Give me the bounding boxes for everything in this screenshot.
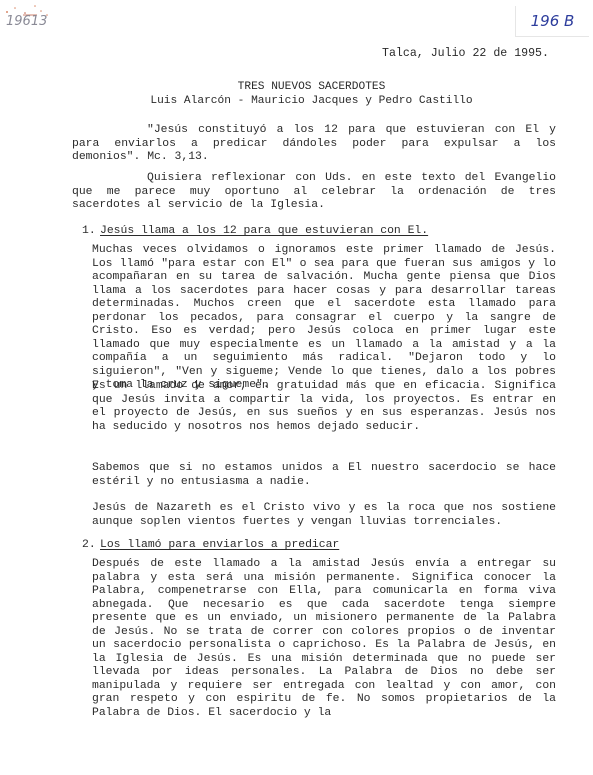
epigraph-quote: "Jesús constituyó a los 12 para que estu…: [72, 124, 556, 165]
document-title: TRES NUEVOS SACERDOTES: [0, 80, 593, 94]
section-2-paragraph-1: Después de este llamado a la amistad Jes…: [92, 558, 556, 721]
intro-paragraph: Quisiera reflexionar con Uds. en este te…: [72, 172, 556, 213]
section-1-paragraph-3: Sabemos que si no estamos unidos a El nu…: [92, 462, 556, 489]
handwritten-archive-number-left: 19613: [6, 14, 47, 29]
section-1-paragraph-2: Es un llamado de amor, en gratuidad más …: [92, 380, 556, 434]
document-subtitle: Luis Alarcón - Mauricio Jacques y Pedro …: [0, 94, 593, 108]
section-2-heading: 2.Los llamó para enviarlos a predicar: [82, 538, 339, 552]
document-title-block: TRES NUEVOS SACERDOTES Luis Alarcón - Ma…: [0, 80, 593, 108]
section-number: 2.: [82, 538, 100, 552]
section-title: Jesús llama a los 12 para que estuvieran…: [100, 225, 428, 237]
document-date: Talca, Julio 22 de 1995.: [382, 47, 549, 60]
section-title: Los llamó para enviarlos a predicar: [100, 539, 339, 551]
section-1-paragraph-4: Jesús de Nazareth es el Cristo vivo y es…: [92, 502, 556, 529]
section-1-paragraph-1: Muchas veces olvidamos o ignoramos este …: [92, 244, 556, 393]
section-number: 1.: [82, 224, 100, 238]
section-1-heading: 1.Jesús llama a los 12 para que estuvier…: [82, 224, 428, 238]
handwritten-archive-number-right: 196 B: [515, 6, 589, 37]
